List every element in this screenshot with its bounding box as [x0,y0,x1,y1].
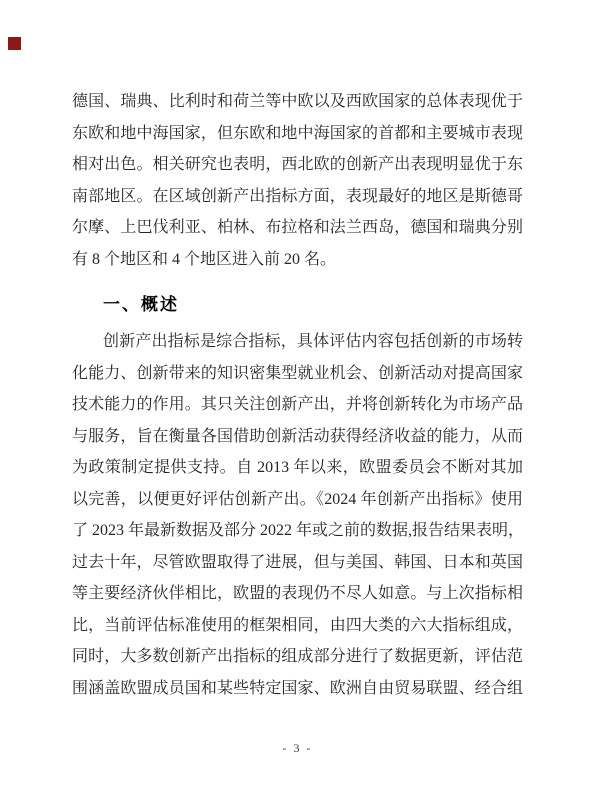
text-line: 尔摩、上巴伐利亚、柏林、布拉格和法兰西岛，德国和瑞典分别 [72,212,523,244]
text-line: 等主要经济伙伴相比，欧盟的表现仍不尽人如意。与上次指标相 [72,578,523,610]
text-line: 了 2023 年最新数据及部分 2022 年或之前的数据,报告结果表明， [72,515,523,547]
text-line: 相对出色。相关研究也表明，西北欧的创新产出表现明显优于东 [72,149,523,181]
paragraph-2: 创新产出指标是综合指标，具体评估内容包括创新的市场转 化能力、创新带来的知识密集… [72,326,523,704]
text-line: 为政策制定提供支持。自 2013 年以来，欧盟委员会不断对其加 [72,452,523,484]
paragraph-1: 德国、瑞典、比利时和荷兰等中欧以及西欧国家的总体表现优于 东欧和地中海国家，但东… [72,86,523,275]
text-line: 德国、瑞典、比利时和荷兰等中欧以及西欧国家的总体表现优于 [72,86,523,118]
corner-marker [8,37,21,50]
text-line: 有 8 个地区和 4 个地区进入前 20 名。 [72,244,523,276]
text-line: 技术能力的作用。其只关注创新产出，并将创新转化为市场产品 [72,389,523,421]
text-line: 围涵盖欧盟成员国和某些特定国家、欧洲自由贸易联盟、经合组 [72,673,523,705]
text-line: 化能力、创新带来的知识密集型就业机会、创新活动对提高国家 [72,358,523,390]
text-line: 南部地区。在区域创新产出指标方面，表现最好的地区是斯德哥 [72,181,523,213]
text-line: 比，当前评估标准使用的框架相同，由四大类的六大指标组成， [72,610,523,642]
text-line: 与服务，旨在衡量各国借助创新活动获得经济收益的能力，从而 [72,421,523,453]
text-line: 过去十年，尽管欧盟取得了进展，但与美国、韩国、日本和英国 [72,547,523,579]
text-line: 东欧和地中海国家，但东欧和地中海国家的首都和主要城市表现 [72,118,523,150]
text-line: 以完善，以便更好评估创新产出。《2024 年创新产出指标》使用 [72,484,523,516]
document-page: 德国、瑞典、比利时和荷兰等中欧以及西欧国家的总体表现优于 东欧和地中海国家，但东… [0,0,595,808]
page-number: - 3 - [0,739,595,757]
text-line: 创新产出指标是综合指标，具体评估内容包括创新的市场转 [72,326,523,358]
section-heading: 一、概述 [72,289,523,321]
text-line: 同时，大多数创新产出指标的组成部分进行了数据更新，评估范 [72,641,523,673]
